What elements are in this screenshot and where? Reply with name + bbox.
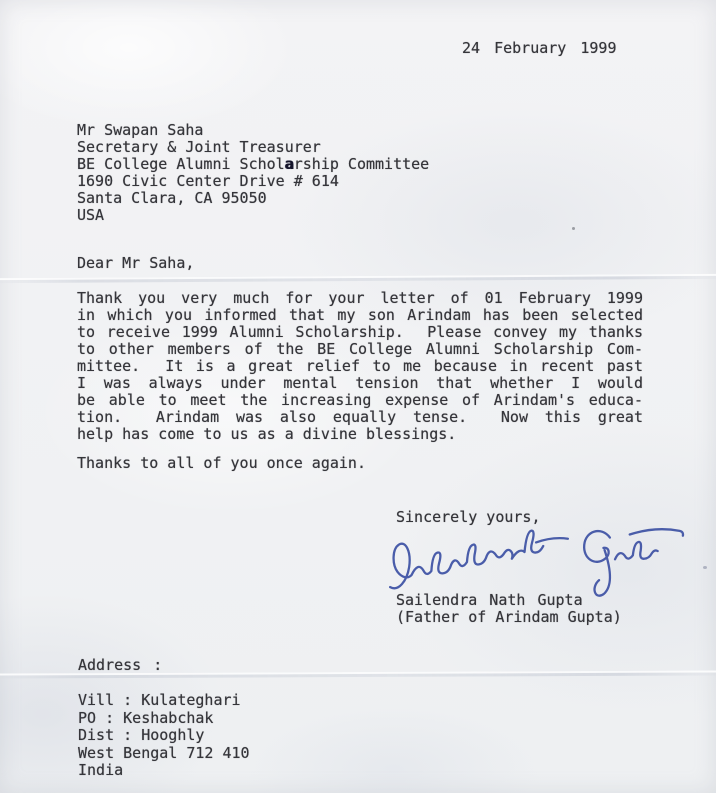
recipient-address-block-line: 1690 Civic Center Drive # 614 bbox=[77, 173, 429, 190]
recipient-address-block-line: Santa Clara, CA 95050 bbox=[77, 190, 429, 207]
recipient-address-block-line: BE College Alumni Scholarship Committee bbox=[77, 156, 429, 173]
letter-body-line: in which you informed that my son Arinda… bbox=[77, 307, 643, 324]
letter-body-line: to receive 1999 Alumni Scholarship. Plea… bbox=[77, 324, 643, 341]
letter-body-line: tion. Arindam was also equally tense. No… bbox=[77, 409, 643, 426]
salutation: Dear Mr Saha, bbox=[77, 255, 194, 272]
closing-line: Thanks to all of you once again. bbox=[77, 455, 366, 472]
letter-body-line: I was always under mental tension that w… bbox=[77, 375, 643, 392]
letter-body-line: be able to meet the increasing expense o… bbox=[77, 392, 643, 409]
recipient-address-block-line: Secretary & Joint Treasurer bbox=[77, 139, 429, 156]
sender-address-block-line: West Bengal 712 410 bbox=[78, 745, 250, 763]
sender-address-block-line: India bbox=[78, 762, 250, 780]
letter-body-line: help has come to us as a divine blessing… bbox=[77, 426, 643, 443]
paper-crease bbox=[0, 274, 716, 283]
overstruck-character: a bbox=[285, 155, 294, 173]
letter-body: Thank you very much for your letter of 0… bbox=[77, 290, 643, 443]
letter-date: 24 February 1999 bbox=[462, 40, 617, 57]
recipient-address-block-line: USA bbox=[77, 207, 429, 224]
scan-speck bbox=[572, 227, 575, 230]
sender-address-block-line: Dist : Hooghly bbox=[78, 727, 250, 745]
sign-off: Sincerely yours, bbox=[396, 509, 541, 526]
letter-body-line: to other members of the BE College Alumn… bbox=[77, 341, 643, 358]
recipient-address-block: Mr Swapan SahaSecretary & Joint Treasure… bbox=[77, 122, 429, 224]
letter-body-line: Thank you very much for your letter of 0… bbox=[77, 290, 643, 307]
sender-address-block-line: Vill : Kulateghari bbox=[78, 692, 250, 710]
recipient-address-block-line: Mr Swapan Saha bbox=[77, 122, 429, 139]
sender-address-label: Address : bbox=[78, 657, 162, 674]
signer-name: Sailendra Nath Gupta bbox=[396, 592, 583, 609]
scan-speck bbox=[703, 566, 707, 569]
signer-relation: (Father of Arindam Gupta) bbox=[396, 609, 622, 626]
sender-address-block: Vill : KulateghariPO : KeshabchakDist : … bbox=[78, 692, 250, 780]
sender-address-block-line: PO : Keshabchak bbox=[78, 710, 250, 728]
scanned-letter-page: 24 February 1999 Mr Swapan SahaSecretary… bbox=[0, 0, 716, 793]
letter-body-line: mittee. It is a great relief to me becau… bbox=[77, 358, 643, 375]
